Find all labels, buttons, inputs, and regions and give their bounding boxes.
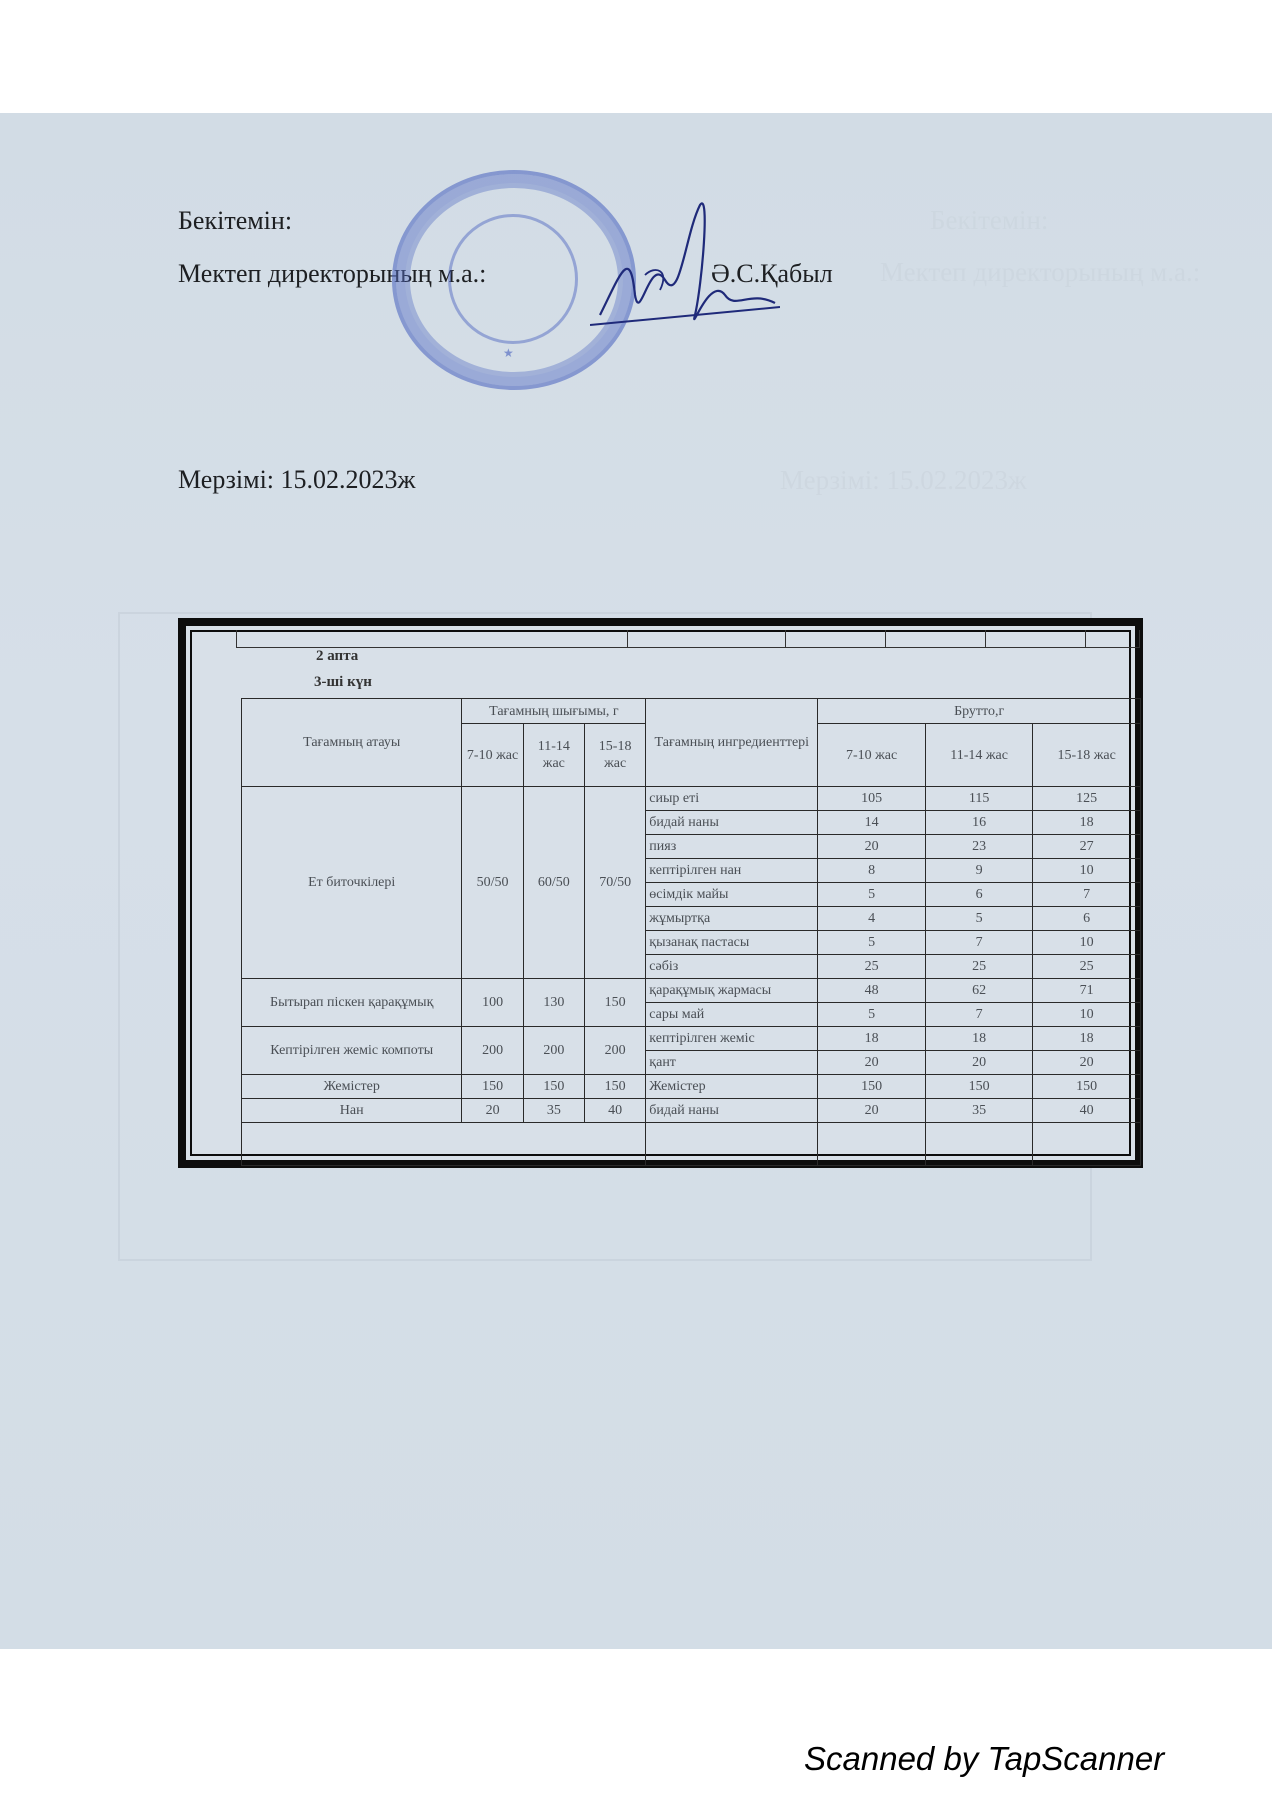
- table-row: Жемістер150150150Жемістер150150150: [242, 1075, 1141, 1099]
- ingredient-gross: 20: [1033, 1051, 1141, 1075]
- dish-yield: 40: [584, 1099, 645, 1123]
- ingredient-gross: 7: [925, 931, 1033, 955]
- ingredient-gross: 6: [1033, 907, 1141, 931]
- ingredient-gross: 4: [818, 907, 926, 931]
- ingredient-gross: 18: [1033, 811, 1141, 835]
- dish-yield: 150: [584, 1075, 645, 1099]
- table-row: Ет биточкілері50/5060/5070/50сиыр еті105…: [242, 787, 1141, 811]
- ingredient-gross: 14: [818, 811, 926, 835]
- ingredient-name: қант: [646, 1051, 818, 1075]
- ingredient-gross: 18: [1033, 1027, 1141, 1051]
- ingredient-gross: 18: [818, 1027, 926, 1051]
- ingredient-gross: 62: [925, 979, 1033, 1003]
- dish-yield: 150: [584, 979, 645, 1027]
- ingredient-gross: 16: [925, 811, 1033, 835]
- dish-name: Жемістер: [242, 1075, 462, 1099]
- ingredient-gross: 35: [925, 1099, 1033, 1123]
- empty-cell: [818, 1123, 926, 1166]
- ingredient-gross: 40: [1033, 1099, 1141, 1123]
- table-row: Нан203540бидай наны203540: [242, 1099, 1141, 1123]
- ingredient-gross: 7: [925, 1003, 1033, 1027]
- dish-name: Кептірілген жеміс компоты: [242, 1027, 462, 1075]
- ingredient-gross: 18: [925, 1027, 1033, 1051]
- header-yield-age: 7-10 жас: [462, 724, 523, 787]
- ghost-text-reverse-side: Мерзімі: 15.02.2023ж: [780, 465, 1027, 496]
- ingredient-gross: 10: [1033, 859, 1141, 883]
- ingredient-gross: 8: [818, 859, 926, 883]
- empty-cell: [1033, 1123, 1141, 1166]
- table-row: Бытырап піскен қарақұмық100130150қарақұм…: [242, 979, 1141, 1003]
- ingredient-gross: 150: [818, 1075, 926, 1099]
- ingredient-gross: 10: [1033, 931, 1141, 955]
- dish-yield: 150: [523, 1075, 584, 1099]
- table-row: Кептірілген жеміс компоты200200200кептір…: [242, 1027, 1141, 1051]
- header-gross: Брутто,г: [818, 699, 1141, 724]
- dish-yield: 35: [523, 1099, 584, 1123]
- ingredient-gross: 20: [818, 1051, 926, 1075]
- empty-cell: [242, 1123, 646, 1166]
- header-yield-age: 15-18 жас: [584, 724, 645, 787]
- ingredient-gross: 115: [925, 787, 1033, 811]
- ingredient-name: бидай наны: [646, 811, 818, 835]
- menu-table-body: Ет биточкілері50/5060/5070/50сиыр еті105…: [242, 787, 1141, 1166]
- ingredient-name: сары май: [646, 1003, 818, 1027]
- menu-day: 3-ші күн: [314, 674, 372, 691]
- ingredient-name: кептірілген нан: [646, 859, 818, 883]
- ingredient-name: пияз: [646, 835, 818, 859]
- dish-yield: 200: [584, 1027, 645, 1075]
- dish-yield: 130: [523, 979, 584, 1027]
- dish-name: Бытырап піскен қарақұмық: [242, 979, 462, 1027]
- dish-yield: 50/50: [462, 787, 523, 979]
- menu-frame: 2 апта 3-ші күн Тағамның атауы Тағамның …: [178, 618, 1143, 1168]
- empty-cell: [925, 1123, 1033, 1166]
- header-ingredients: Тағамның ингредиенттері: [646, 699, 818, 787]
- dish-yield: 60/50: [523, 787, 584, 979]
- dish-name: Ет биточкілері: [242, 787, 462, 979]
- ingredient-gross: 5: [818, 931, 926, 955]
- header-yield: Тағамның шығымы, г: [462, 699, 646, 724]
- ingredient-gross: 20: [818, 1099, 926, 1123]
- ingredient-gross: 20: [818, 835, 926, 859]
- ingredient-name: өсімдік майы: [646, 883, 818, 907]
- ingredient-gross: 150: [1033, 1075, 1141, 1099]
- table-top-strip: [236, 630, 1140, 648]
- ingredient-name: сәбіз: [646, 955, 818, 979]
- ghost-text-reverse-side: Мектеп директорының м.а.:: [880, 257, 1200, 288]
- empty-row: [242, 1123, 1141, 1166]
- ingredient-gross: 105: [818, 787, 926, 811]
- ingredient-gross: 23: [925, 835, 1033, 859]
- menu-week: 2 апта: [316, 648, 358, 665]
- header-dish-name: Тағамның атауы: [242, 699, 462, 787]
- ingredient-name: Жемістер: [646, 1075, 818, 1099]
- header-yield-age: 11-14 жас: [523, 724, 584, 787]
- dish-yield: 150: [462, 1075, 523, 1099]
- ingredient-gross: 71: [1033, 979, 1141, 1003]
- empty-cell: [646, 1123, 818, 1166]
- ingredient-gross: 48: [818, 979, 926, 1003]
- ingredient-gross: 9: [925, 859, 1033, 883]
- seal-emblem-icon: [448, 214, 578, 344]
- date-value: 15.02.2023ж: [281, 465, 416, 494]
- header-gross-age: 11-14 жас: [925, 724, 1033, 787]
- seal-star-icon: ★: [503, 346, 514, 361]
- ingredient-gross: 27: [1033, 835, 1141, 859]
- ingredient-gross: 125: [1033, 787, 1141, 811]
- ingredient-gross: 5: [818, 883, 926, 907]
- signature-icon: [590, 195, 780, 345]
- header-gross-age: 15-18 жас: [1033, 724, 1141, 787]
- ingredient-gross: 25: [925, 955, 1033, 979]
- ingredient-gross: 10: [1033, 1003, 1141, 1027]
- dish-yield: 20: [462, 1099, 523, 1123]
- dish-yield: 200: [462, 1027, 523, 1075]
- ingredient-name: жұмыртқа: [646, 907, 818, 931]
- ingredient-name: сиыр еті: [646, 787, 818, 811]
- header-gross-age: 7-10 жас: [818, 724, 926, 787]
- ingredient-gross: 7: [1033, 883, 1141, 907]
- ingredient-gross: 25: [818, 955, 926, 979]
- dish-name: Нан: [242, 1099, 462, 1123]
- ingredient-gross: 20: [925, 1051, 1033, 1075]
- scanner-watermark: Scanned by TapScanner: [804, 1740, 1164, 1778]
- date-label: Мерзімі:: [178, 465, 274, 494]
- ingredient-name: қызанақ пастасы: [646, 931, 818, 955]
- dish-yield: 100: [462, 979, 523, 1027]
- approval-date: Мерзімі: 15.02.2023ж: [178, 465, 416, 495]
- ingredient-name: бидай наны: [646, 1099, 818, 1123]
- ingredient-name: қарақұмық жармасы: [646, 979, 818, 1003]
- approval-label: Бекітемін:: [178, 206, 292, 236]
- ingredient-gross: 25: [1033, 955, 1141, 979]
- ingredient-name: кептірілген жеміс: [646, 1027, 818, 1051]
- dish-yield: 70/50: [584, 787, 645, 979]
- ghost-text-reverse-side: Бекітемін:: [930, 205, 1048, 236]
- dish-yield: 200: [523, 1027, 584, 1075]
- ingredient-gross: 5: [925, 907, 1033, 931]
- ingredient-gross: 6: [925, 883, 1033, 907]
- menu-table: Тағамның атауы Тағамның шығымы, г Тағамн…: [241, 698, 1141, 1166]
- ingredient-gross: 5: [818, 1003, 926, 1027]
- ingredient-gross: 150: [925, 1075, 1033, 1099]
